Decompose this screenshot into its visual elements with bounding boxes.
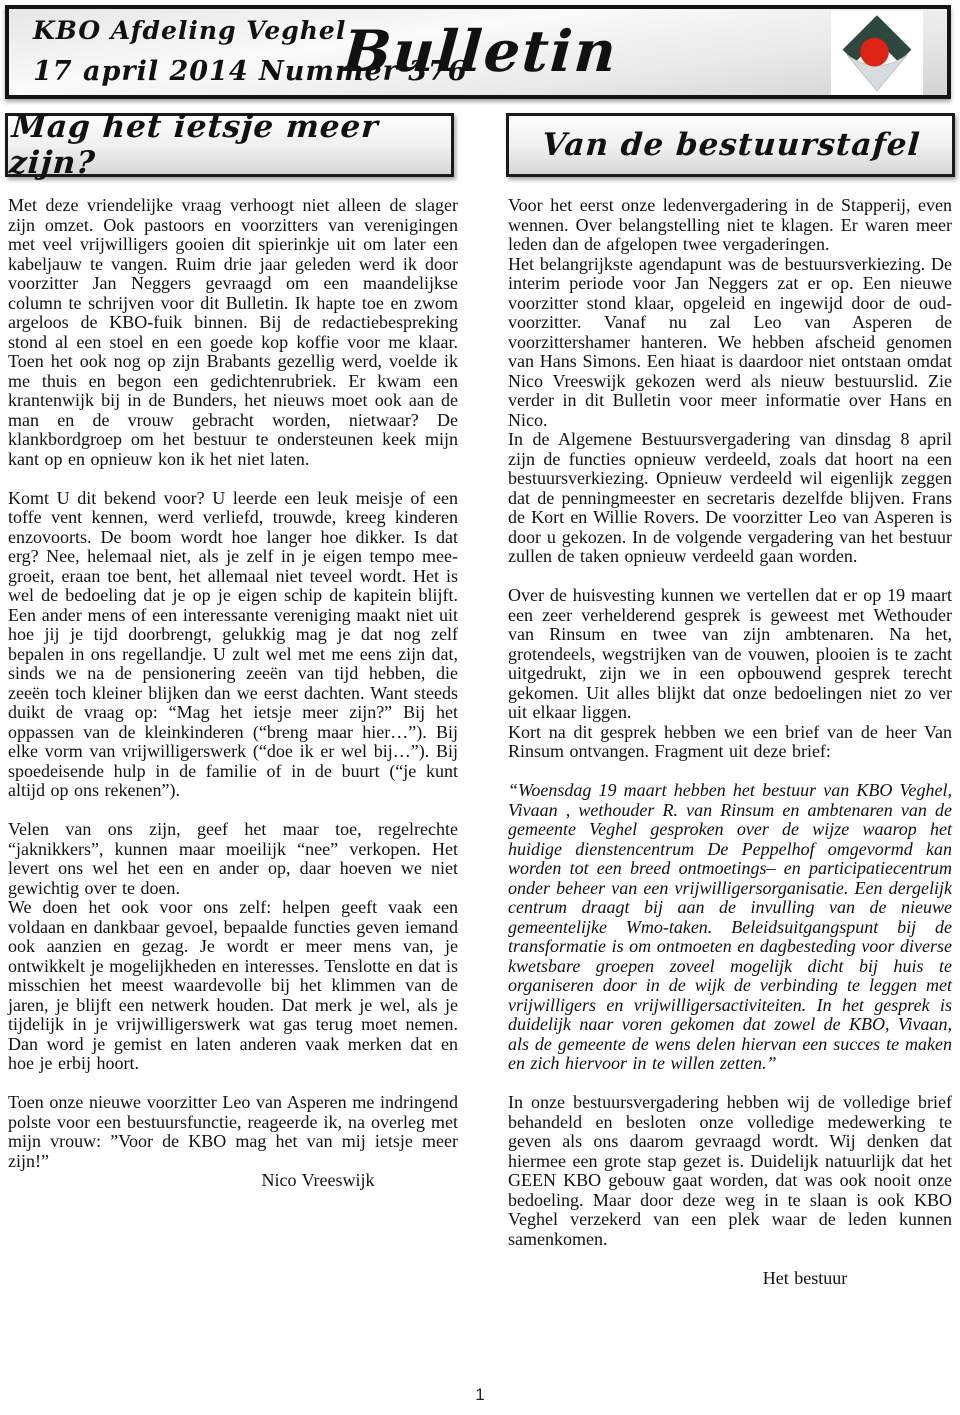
- board-signature: Het bestuur: [508, 1269, 952, 1289]
- bulletin-title: Bulletin: [341, 18, 620, 85]
- page-footer: 1: [0, 1385, 960, 1405]
- body-paragraph: Kort na dit gesprek hebben we een brief …: [508, 723, 952, 762]
- page-number: 1: [475, 1385, 484, 1404]
- organization-name: KBO Afdeling Veghel: [33, 16, 346, 45]
- right-section-heading-box: Van de bestuurstafel: [506, 113, 955, 177]
- body-paragraph: Het belangrijkste agendapunt was de best…: [508, 255, 952, 431]
- logo-red-dot: [860, 38, 889, 67]
- right-section-heading: Van de bestuurstafel: [541, 127, 922, 163]
- bulletin-page: KBO Afdeling Veghel 17 april 2014 Nummer…: [0, 0, 960, 1415]
- quote-paragraph: “Woensdag 19 maart hebben het bestuur va…: [508, 781, 952, 1074]
- author-signature: Nico Vreeswijk: [8, 1171, 458, 1191]
- body-paragraph: In de Algemene Bestuursvergadering van d…: [508, 430, 952, 567]
- kbo-logo-icon: [831, 11, 923, 95]
- body-paragraph: Komt U dit bekend voor? U leerde een leu…: [8, 489, 458, 801]
- body-paragraph: Over de huisvesting kunnen we vertellen …: [508, 586, 952, 723]
- column-left: Met deze vriendelijke vraag verhoogt nie…: [8, 196, 458, 1191]
- body-paragraph: Voor het eerst onze ledenvergadering in …: [508, 196, 952, 255]
- body-paragraph: Velen van ons zijn, geef het maar toe, r…: [8, 820, 458, 898]
- left-section-heading-box: Mag het ietsje meer zijn?: [5, 113, 454, 177]
- body-paragraph: Toen onze nieuwe voorzitter Leo van Aspe…: [8, 1093, 458, 1171]
- column-right: Voor het eerst onze ledenvergadering in …: [508, 196, 952, 1288]
- left-section-heading: Mag het ietsje meer zijn?: [8, 109, 456, 181]
- kbo-logo: [831, 11, 923, 95]
- masthead: KBO Afdeling Veghel 17 april 2014 Nummer…: [5, 5, 951, 99]
- body-paragraph: Met deze vriendelijke vraag verhoogt nie…: [8, 196, 458, 469]
- body-paragraph: We doen het ook voor ons zelf: helpen ge…: [8, 898, 458, 1074]
- body-paragraph: In onze bestuursvergadering hebben wij d…: [508, 1093, 952, 1249]
